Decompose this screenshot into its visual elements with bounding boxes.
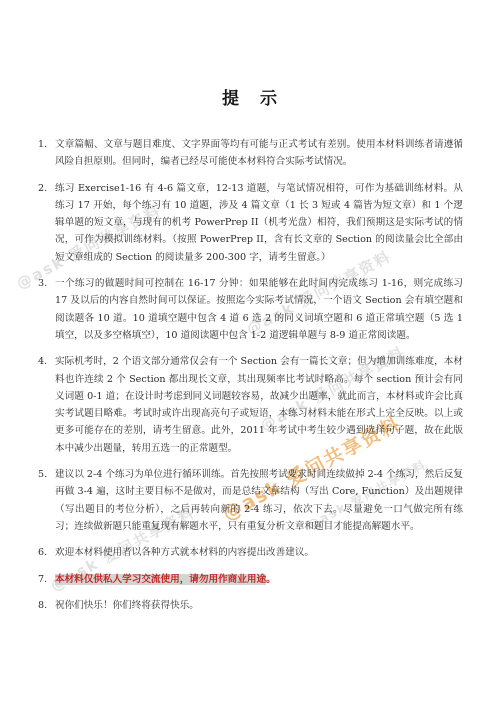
page-title: 提 示 [38,84,463,109]
item-text: 欢迎本材料使用者以各种方式就本材料的内容提出改善建议。 [55,544,463,561]
item-number: 5. [38,466,55,535]
item-number: 7. [38,571,55,588]
document-page: @ask 爱问共享资料 @ask 爱问共享资料 @ask 爱问共享资料 @ask… [0,0,499,706]
notice-tail: 。 [266,574,276,585]
item-number: 8. [38,597,55,614]
item-number: 4. [38,353,55,457]
list-item-6: 6. 欢迎本材料使用者以各种方式就本材料的内容提出改善建议。 [38,544,463,561]
item-text: 祝你们快乐！你们终将获得快乐。 [55,597,463,614]
item-text: 实际机考时，2 个语文部分通常仅会有一个 Section 会有一篇长文章；但为增… [55,353,463,457]
item-text: 一个练习的做题时间可控制在 16-17 分钟：如果能够在此时间内完成练习 1-1… [55,275,463,344]
list-item-2: 2. 练习 Exercise1-16 有 4-6 篇文章，12-13 道题，与笔… [38,180,463,266]
list-item-1: 1. 文章篇幅、文章与题目难度、文字界面等均有可能与正式考试有差别。使用本材料训… [38,136,463,171]
item-text: 文章篇幅、文章与题目难度、文字界面等均有可能与正式考试有差别。使用本材料训练者请… [55,136,463,171]
tip-list: 1. 文章篇幅、文章与题目难度、文字界面等均有可能与正式考试有差别。使用本材料训… [38,136,463,614]
item-text: 建议以 2-4 个练习为单位进行循环训练。首先按照考试要求时间连续做掉 2-4 … [55,466,463,535]
list-item-4: 4. 实际机考时，2 个语文部分通常仅会有一个 Section 会有一篇长文章；… [38,353,463,457]
page-content: 提 示 1. 文章篇幅、文章与题目难度、文字界面等均有可能与正式考试有差别。使用… [38,0,463,623]
list-item-7-notice: 7. 本材料仅供私人学习交流使用，请勿用作商业用途。 [38,571,463,588]
item-number: 3. [38,275,55,344]
item-number: 2. [38,180,55,266]
list-item-8: 8. 祝你们快乐！你们终将获得快乐。 [38,597,463,614]
item-text: 练习 Exercise1-16 有 4-6 篇文章，12-13 道题，与笔试情况… [55,180,463,266]
item-number: 1. [38,136,55,171]
list-item-5: 5. 建议以 2-4 个练习为单位进行循环训练。首先按照考试要求时间连续做掉 2… [38,466,463,535]
item-text: 本材料仅供私人学习交流使用，请勿用作商业用途。 [55,571,463,588]
notice-highlighted-text: 本材料仅供私人学习交流使用，请勿用作商业用途 [55,574,266,585]
list-item-3: 3. 一个练习的做题时间可控制在 16-17 分钟：如果能够在此时间内完成练习 … [38,275,463,344]
item-number: 6. [38,544,55,561]
